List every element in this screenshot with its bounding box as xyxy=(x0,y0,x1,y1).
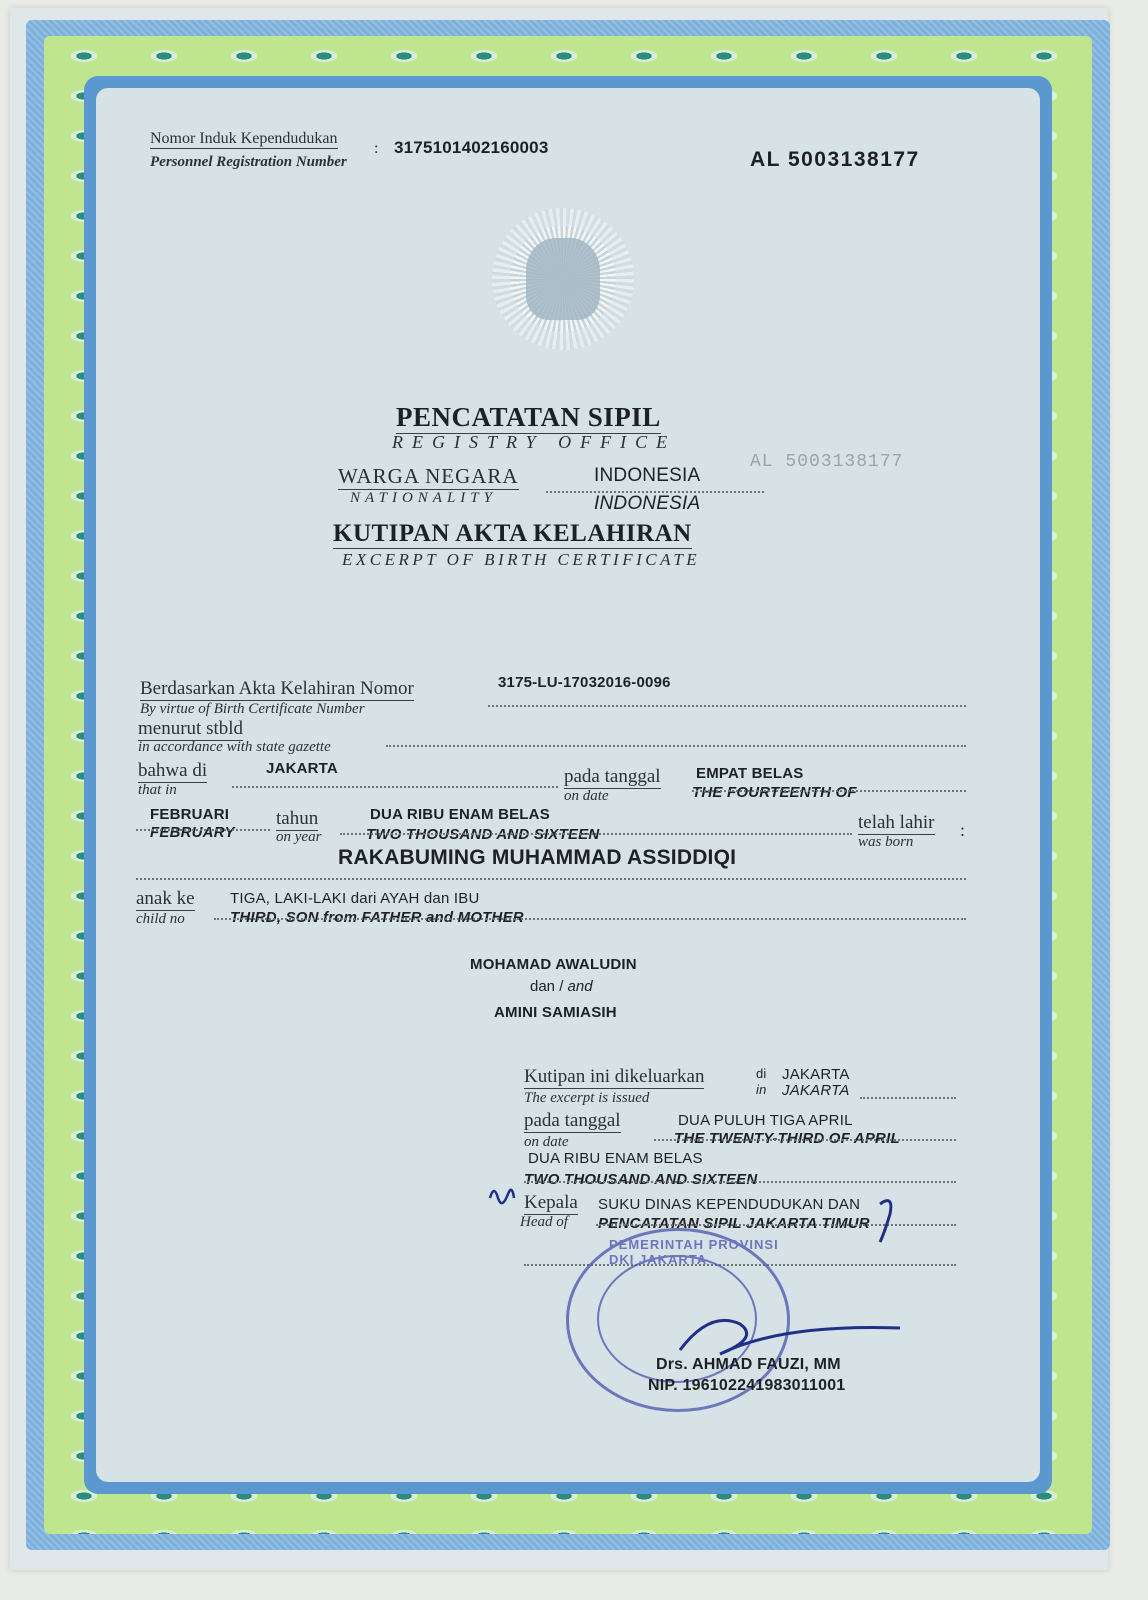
issue-place-id: JAKARTA xyxy=(782,1066,850,1083)
place-label-en: that in xyxy=(138,782,177,799)
issue-year-value-id: DUA RIBU ENAM BELAS xyxy=(528,1150,703,1167)
year-value-id: DUA RIBU ENAM BELAS xyxy=(370,806,550,823)
in-id: di xyxy=(756,1066,767,1081)
issue-date-label-id: pada tanggal xyxy=(524,1110,621,1133)
born-label-id: telah lahir xyxy=(858,812,935,835)
place-value: JAKARTA xyxy=(266,760,338,777)
nik-value: 3175101402160003 xyxy=(394,138,548,158)
year-label-id: tahun xyxy=(276,808,318,831)
issued-label-en: The excerpt is issued xyxy=(524,1090,649,1107)
nationality-value-en: INDONESIA xyxy=(594,493,700,515)
cert-number-label-id: Berdasarkan Akta Kelahiran Nomor xyxy=(140,678,414,701)
and-id: dan / xyxy=(530,978,563,995)
issued-label-id: Kutipan ini dikeluarkan xyxy=(524,1066,704,1089)
office-subtitle: REGISTRY OFFICE xyxy=(392,432,676,453)
cert-number-value: 3175-LU-17032016-0096 xyxy=(498,674,671,691)
child-name: RAKABUMING MUHAMMAD ASSIDDIQI xyxy=(338,846,736,870)
month-value-en: FEBRUARY xyxy=(150,824,235,841)
and-connector: dan / and xyxy=(530,978,593,995)
date-value-id: EMPAT BELAS xyxy=(696,765,803,782)
date-label-en: on date xyxy=(564,788,609,805)
dotted-line xyxy=(136,829,270,831)
signature-icon xyxy=(480,1180,920,1380)
cert-number-label-en: By virtue of Birth Certificate Number xyxy=(140,701,365,718)
dotted-line xyxy=(136,878,966,880)
document-subtitle: EXCERPT OF BIRTH CERTIFICATE xyxy=(342,550,700,570)
dotted-line xyxy=(214,918,966,920)
child-no-label-en: child no xyxy=(136,911,185,928)
place-label-id: bahwa di xyxy=(138,760,207,783)
office-title: PENCATATAN SIPIL xyxy=(396,402,661,434)
date-label-id: pada tanggal xyxy=(564,766,661,789)
dotted-line xyxy=(860,1097,956,1099)
born-label-en: was born xyxy=(858,834,913,851)
nationality-value-id: INDONESIA xyxy=(594,465,700,487)
stbld-label-en: in accordance with state gazette xyxy=(138,739,331,756)
nationality-label-en: NATIONALITY xyxy=(350,490,497,507)
dotted-line xyxy=(654,1139,956,1141)
issue-date-value-id: DUA PULUH TIGA APRIL xyxy=(678,1112,853,1129)
dotted-line xyxy=(386,745,966,747)
nationality-label-id: WARGA NEGARA xyxy=(338,464,519,490)
child-no-label-id: anak ke xyxy=(136,888,195,911)
dotted-line xyxy=(340,833,852,835)
father-name: MOHAMAD AWALUDIN xyxy=(470,956,637,973)
issue-place-en: JAKARTA xyxy=(782,1082,850,1099)
dotted-line xyxy=(232,786,558,788)
nik-label-id: Nomor Induk Kependudukan xyxy=(150,130,338,149)
serial-number: AL 5003138177 xyxy=(750,148,920,172)
official-nip: NIP. 196102241983011001 xyxy=(648,1377,845,1395)
year-label-en: on year xyxy=(276,829,321,846)
document-title: KUTIPAN AKTA KELAHIRAN xyxy=(333,520,692,549)
serial-stamp-faint: AL 5003138177 xyxy=(750,452,903,472)
garuda-emblem-icon xyxy=(526,238,600,320)
official-name: Drs. AHMAD FAUZI, MM xyxy=(656,1356,841,1374)
stbld-label-id: menurut stbld xyxy=(138,718,243,741)
mother-name: AMINI SAMIASIH xyxy=(494,1004,617,1021)
in-en: in xyxy=(756,1082,767,1097)
and-en: and xyxy=(568,978,593,995)
colon: : xyxy=(960,820,965,841)
dotted-line xyxy=(692,790,966,792)
dotted-line xyxy=(488,705,966,707)
month-value-id: FEBRUARI xyxy=(150,806,229,823)
child-no-value-id: TIGA, LAKI-LAKI dari AYAH dan IBU xyxy=(230,890,479,907)
colon: : xyxy=(374,140,378,158)
nik-label-en: Personnel Registration Number xyxy=(150,154,347,171)
date-value-en: THE FOURTEENTH OF xyxy=(692,784,857,801)
issue-date-label-en: on date xyxy=(524,1134,569,1151)
hologram-garuda-seal xyxy=(492,208,634,350)
